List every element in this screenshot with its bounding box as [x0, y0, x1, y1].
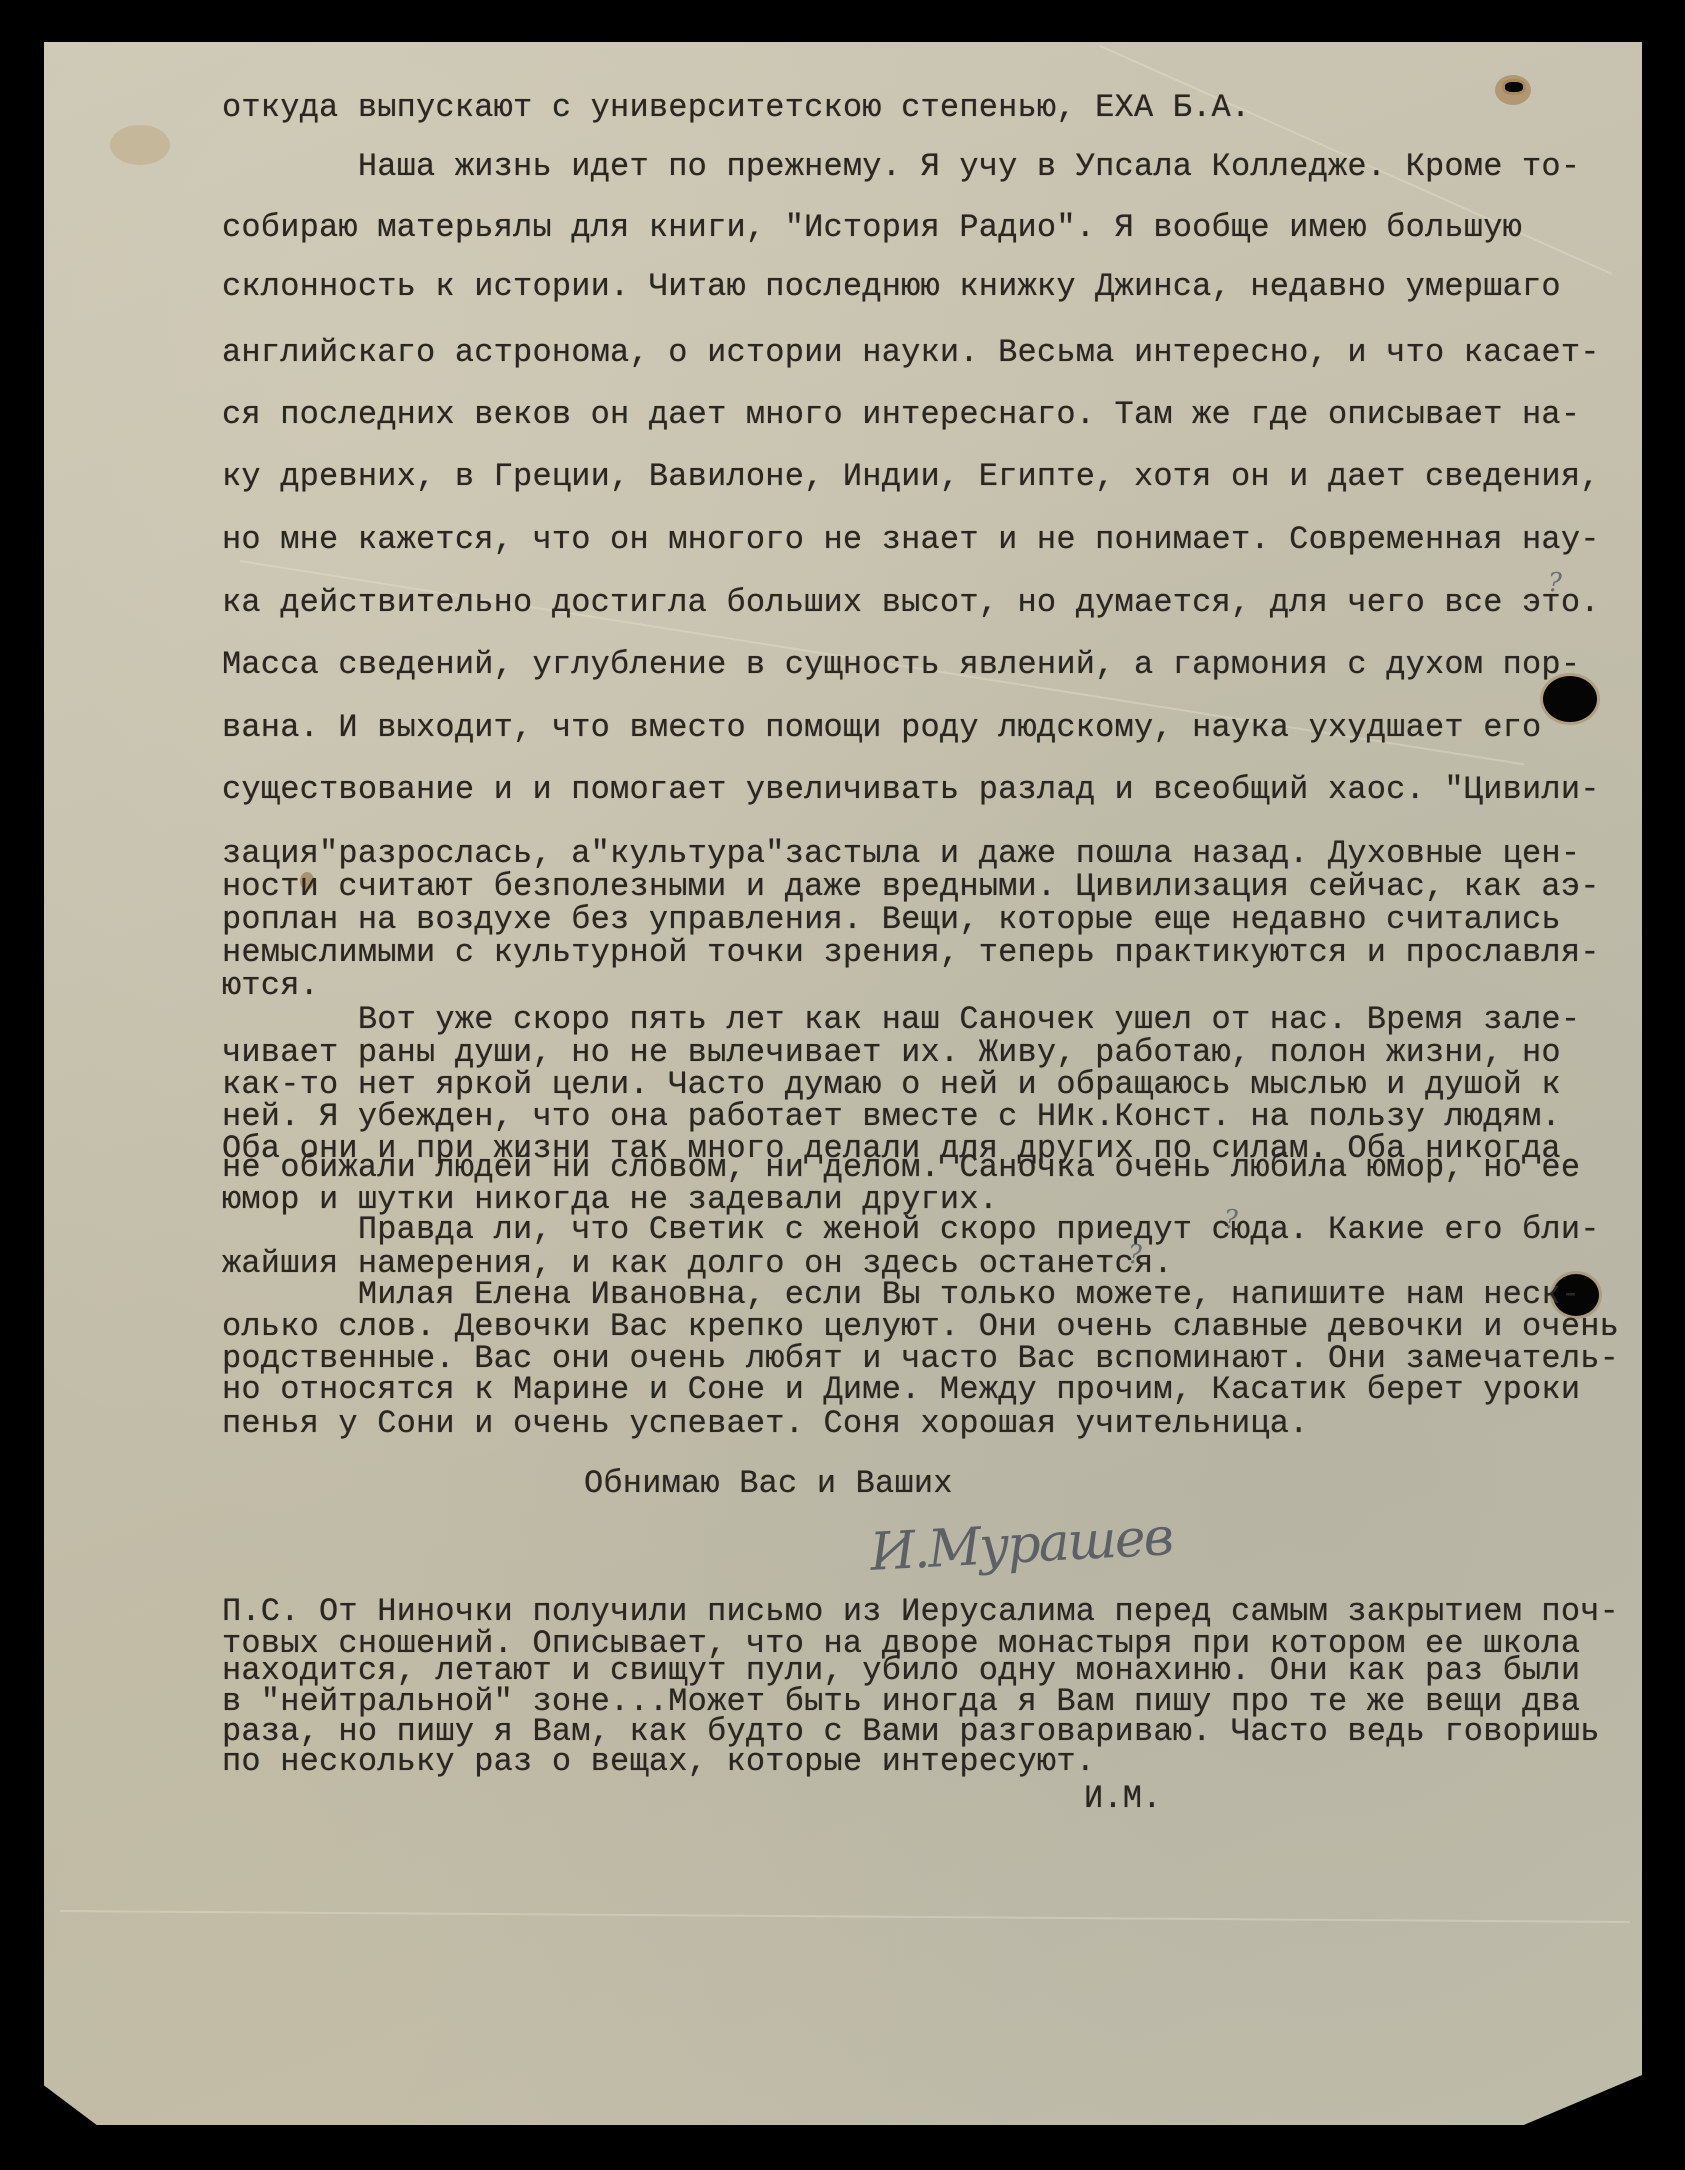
letter-line: откуда выпускают с университетскою степе… — [222, 92, 1250, 124]
handwritten-question-mark: ? — [1128, 1240, 1142, 1270]
letter-line: Наша жизнь идет по прежнему. Я учу в Упс… — [222, 151, 1580, 183]
letter-line: пенья у Сони и очень успевает. Соня хоро… — [222, 1408, 1309, 1440]
letter-line: Милая Елена Ивановна, если Вы только мож… — [222, 1279, 1580, 1311]
letter-line: Масса сведений, углубление в сущность яв… — [222, 649, 1580, 681]
closing-line: Обнимаю Вас и Ваших — [584, 1468, 953, 1500]
postscript-line: П.С. От Ниночки получили письмо из Иерус… — [222, 1596, 1619, 1628]
letter-line: как-то нет яркой цели. Часто думаю о ней… — [222, 1069, 1561, 1101]
letter-line: английскаго астронома, о истории науки. … — [222, 337, 1600, 369]
initials: И.М. — [1084, 1783, 1162, 1815]
letter-line: ности считают безполезными и даже вредны… — [222, 871, 1600, 903]
letter-line: но мне кажется, что он многого не знает … — [222, 524, 1600, 556]
letter-line: Правда ли, что Светик с женой скоро прие… — [222, 1214, 1600, 1246]
letter-line: собираю матерьялы для книги, "История Ра… — [222, 212, 1522, 244]
postscript-line: по нескольку раз о вещах, которые интере… — [222, 1746, 1095, 1778]
paper-stain — [110, 125, 170, 165]
letter-line: существование и и помогает увеличивать р… — [222, 774, 1600, 806]
letter-line: вана. И выходит, что вместо помощи роду … — [222, 712, 1541, 744]
handwritten-question-mark: ? — [1548, 568, 1562, 598]
letter-line: не обижали людей ни словом, ни делом. Са… — [222, 1152, 1580, 1184]
letter-line: ней. Я убежден, что она работает вместе … — [222, 1101, 1561, 1133]
letter-line: но относятся к Марине и Соне и Диме. Меж… — [222, 1374, 1580, 1406]
handwritten-question-mark: ? — [1224, 1205, 1238, 1235]
letter-line: чивает раны души, но не вылечивает их. Ж… — [222, 1037, 1561, 1069]
letter-line: ются. — [222, 970, 319, 1002]
letter-line: олько слов. Девочки Вас крепко целуют. О… — [222, 1311, 1619, 1343]
letter-line: ся последних веков он дает много интерес… — [222, 399, 1580, 431]
letter-line: склонность к истории. Читаю последнюю кн… — [222, 271, 1561, 303]
punch-hole — [1505, 82, 1523, 92]
letter-line: роплан на воздухе без управления. Вещи, … — [222, 904, 1561, 936]
letter-line: немыслимыми с культурной точки зрения, т… — [222, 937, 1600, 969]
letter-line: ка действительно достигла больших высот,… — [222, 587, 1600, 619]
letter-line: зация"разрослась, а"культура"застыла и д… — [222, 838, 1580, 870]
letter-line: ку древних, в Греции, Вавилоне, Индии, Е… — [222, 461, 1600, 493]
letter-line: Вот уже скоро пять лет как наш Саночек у… — [222, 1004, 1580, 1036]
